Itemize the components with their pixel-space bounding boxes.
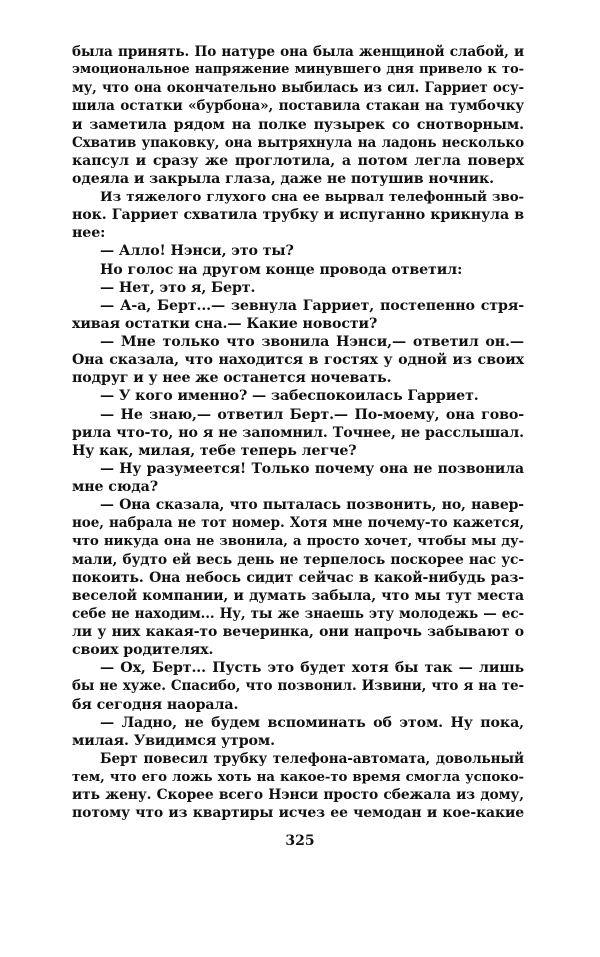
text-line: нок. Гарриет схватила трубку и испуганно…: [72, 206, 524, 224]
text-line: подруг и у нее же останется ночевать.: [72, 369, 524, 387]
text-line: милая. Увидимся утром.: [72, 732, 524, 750]
text-line: Ну как, милая, тебе теперь легче?: [72, 442, 524, 460]
text-line: веселой компании, и думать забыла, что м…: [72, 587, 524, 605]
text-line: ли у них какая-то вечеринка, они напрочь…: [72, 623, 524, 641]
text-line: нее:: [72, 224, 524, 242]
text-line: тем, что его ложь хоть на какое-то время…: [72, 768, 524, 786]
text-line: что никуда она не звонила, а просто хоче…: [72, 532, 524, 550]
text-line: одеяла и закрыла глаза, даже не потушив …: [72, 170, 524, 188]
text-line: потому что из квартиры исчез ее чемодан …: [72, 804, 524, 822]
text-line: ное, набрала не тот номер. Хотя мне поче…: [72, 514, 524, 532]
text-line: мне сюда?: [72, 478, 524, 496]
text-line: — Она сказала, что пыталась позвонить, н…: [72, 496, 524, 514]
text-line: — Нет, это я, Берт.: [72, 279, 524, 297]
text-line: и заметила рядом на полке пузырек со сно…: [72, 116, 524, 134]
text-line: себе не находим... Ну, ты же знаешь эту …: [72, 605, 524, 623]
page-number: 325: [0, 833, 600, 849]
text-line: му, что она окончательно выбилась из сил…: [72, 79, 524, 97]
page-text: была принять. По натуре она была женщино…: [72, 43, 524, 822]
text-line: — Мне только что звонила Нэнси,— ответил…: [72, 333, 524, 351]
text-line: Но голос на другом конце провода ответил…: [72, 261, 524, 279]
text-line: своих родителях.: [72, 641, 524, 659]
text-line: Она сказала, что находится в гостях у од…: [72, 351, 524, 369]
text-line: — Ох, Берт... Пусть это будет хотя бы та…: [72, 659, 524, 677]
text-line: Схватив упаковку, она вытряхнула на ладо…: [72, 134, 524, 152]
text-line: — Ладно, не будем вспоминать об этом. Ну…: [72, 714, 524, 732]
text-line: Из тяжелого глухого сна ее вырвал телефо…: [72, 188, 524, 206]
text-line: хивая остатки сна.— Какие новости?: [72, 315, 524, 333]
text-line: мали, будто ей весь день не терпелось по…: [72, 551, 524, 569]
text-line: бы не хуже. Спасибо, что позвонил. Извин…: [72, 677, 524, 695]
text-line: — Не знаю,— ответил Берт.— По-моему, она…: [72, 406, 524, 424]
text-line: — Алло! Нэнси, это ты?: [72, 242, 524, 260]
text-line: рила что-то, но я не запомнил. Точнее, н…: [72, 424, 524, 442]
text-line: ить жену. Скорее всего Нэнси просто сбеж…: [72, 786, 524, 804]
text-line: — У кого именно? — забеспокоилась Гаррие…: [72, 387, 524, 405]
text-line: покоить. Она небось сидит сейчас в какой…: [72, 569, 524, 587]
text-line: Берт повесил трубку телефона-автомата, д…: [72, 750, 524, 768]
text-line: бя сегодня наорала.: [72, 696, 524, 714]
text-line: шила остатки «бурбона», поставила стакан…: [72, 97, 524, 115]
text-line: эмоциональное напряжение минувшего дня п…: [72, 61, 524, 79]
text-line: капсул и сразу же проглотила, а потом ле…: [72, 152, 524, 170]
text-line: была принять. По натуре она была женщино…: [72, 43, 524, 61]
text-line: — Ну разумеется! Только почему она не по…: [72, 460, 524, 478]
text-line: — А-а, Берт...— зевнула Гарриет, постепе…: [72, 297, 524, 315]
